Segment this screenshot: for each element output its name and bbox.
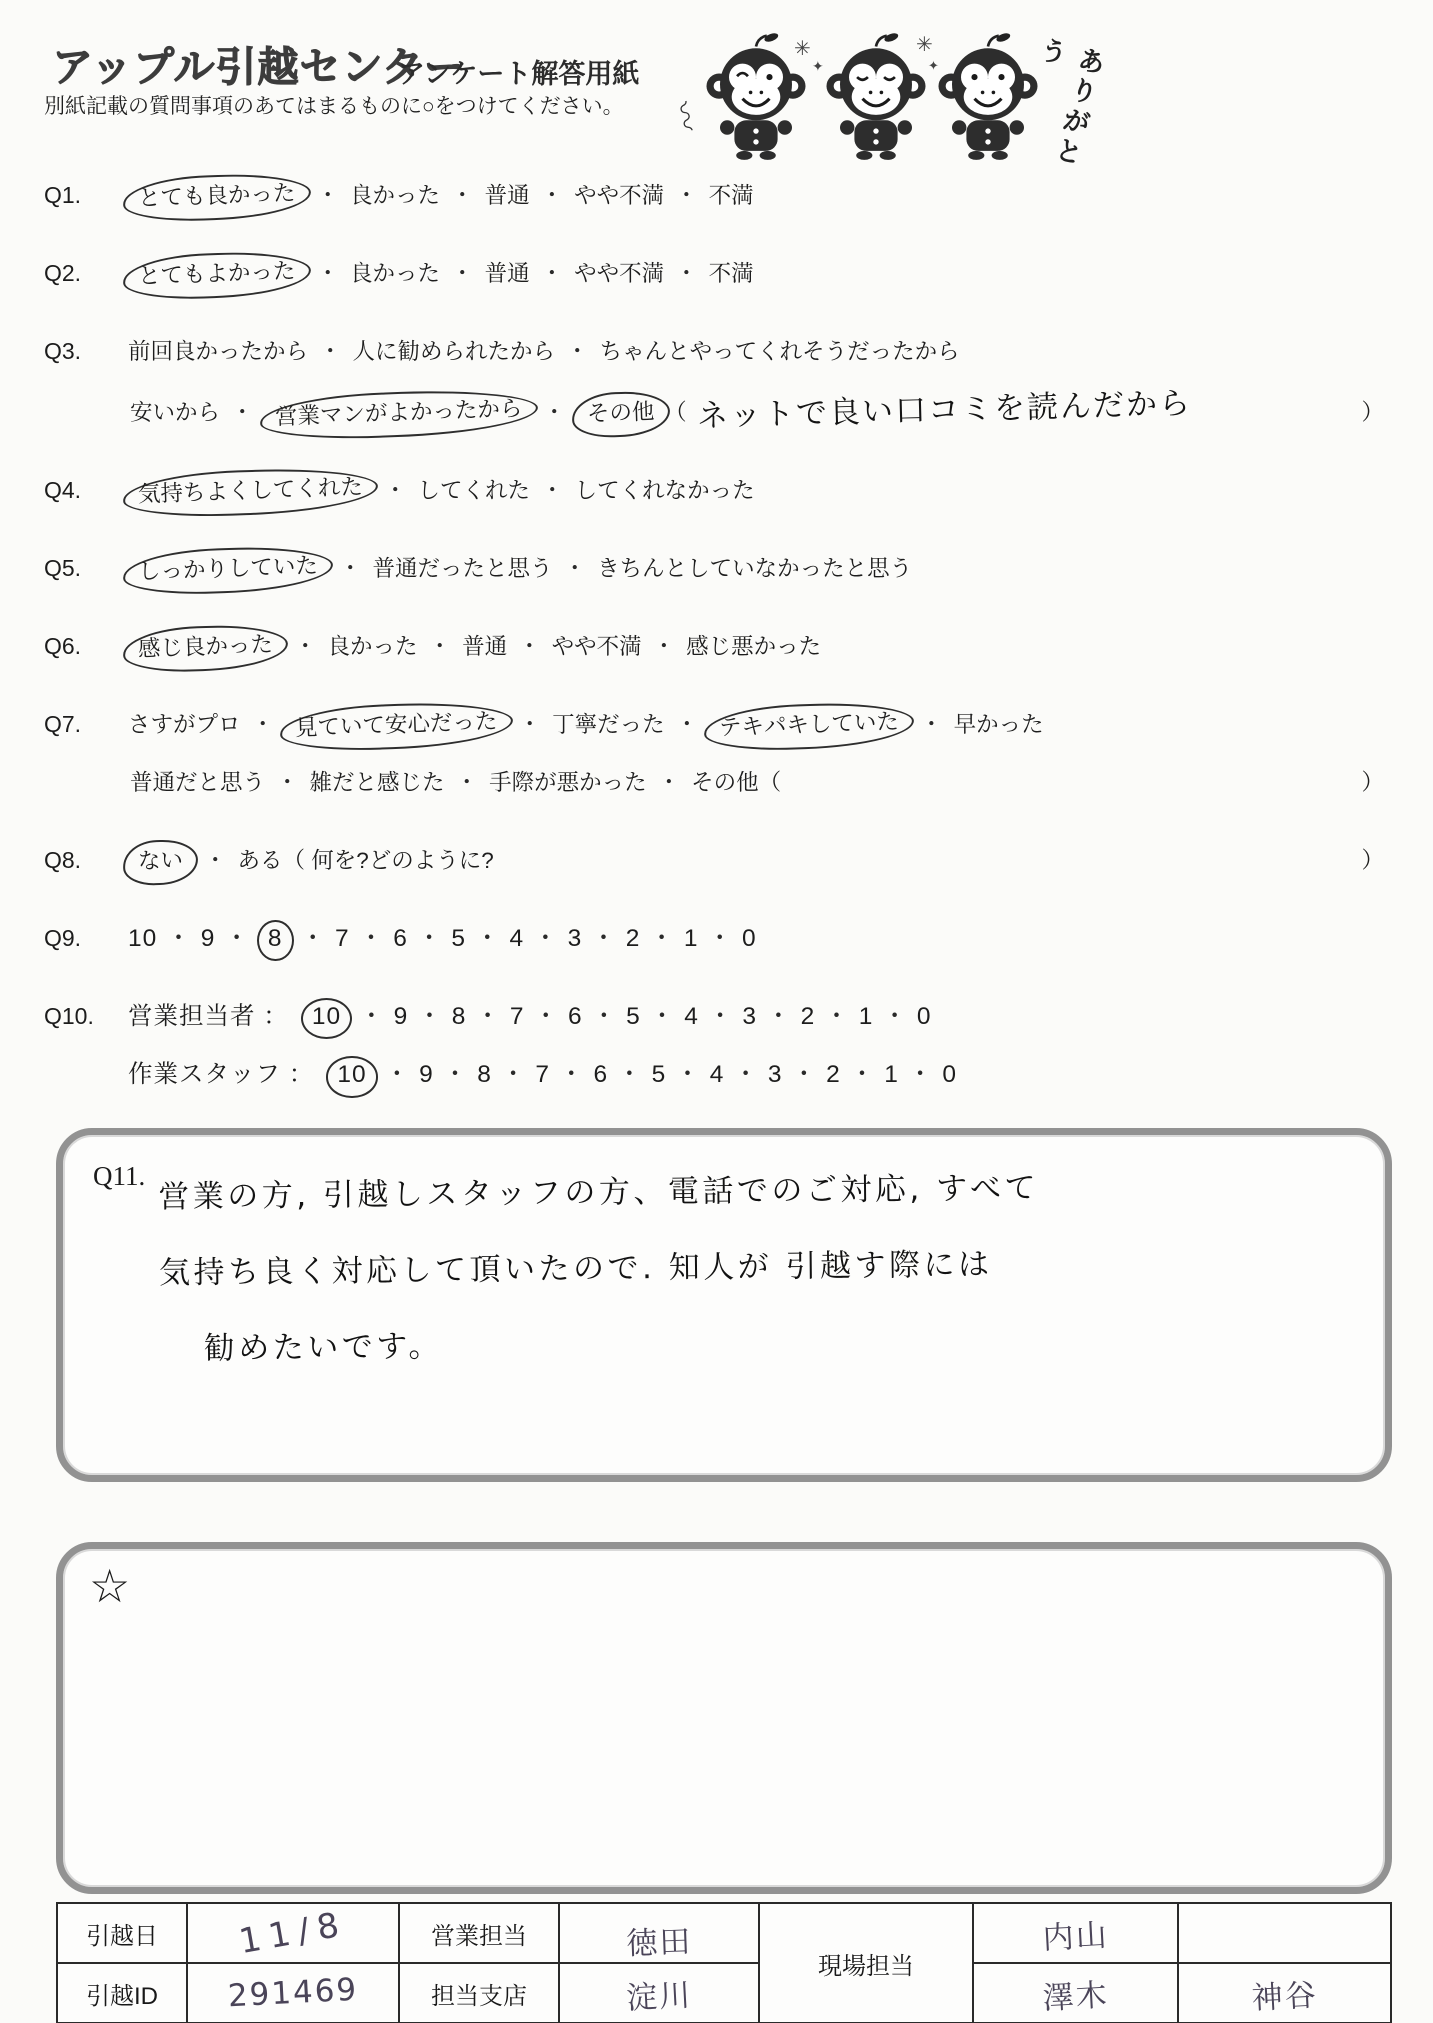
dot-separator: ・: [501, 1059, 527, 1091]
question-q4: Q4.気持ちよくしてくれた・してくれた・してくれなかった: [44, 475, 1390, 507]
option-text: 10: [128, 923, 157, 955]
question-id: Q4.: [44, 475, 128, 507]
circled-option: 気持ちよくしてくれた: [122, 466, 378, 520]
dot-separator: ・: [676, 709, 699, 741]
dot-separator: ・: [451, 180, 474, 212]
handwritten-line: 勧めたいです。: [203, 1299, 1356, 1387]
dot-separator: ・: [564, 553, 587, 585]
form-title: アンケート解答用紙: [398, 52, 639, 91]
option-text: 普通だったと思う: [373, 553, 553, 585]
dot-separator: ・: [592, 1001, 618, 1033]
q11-comment-box: Q11. 営業の方, 引越しスタッフの方、電話でのご対応, すべて 気持ち良く対…: [56, 1128, 1392, 1482]
option-text: ）: [1361, 397, 1384, 429]
circled-option: とても良かった: [122, 172, 311, 223]
option-text: 人に勧められたから: [353, 336, 556, 368]
question-id: Q6.: [44, 631, 128, 663]
option-text: 9: [201, 923, 216, 955]
handwritten-answer: ネットで良い口コミを読んだから: [696, 388, 1192, 433]
site-rep-value-1: 内山: [974, 1905, 1177, 1960]
option-text: 4: [509, 923, 524, 955]
circled-option: 8: [257, 920, 294, 961]
circled-option: 10: [326, 1056, 377, 1097]
dot-separator: ・: [658, 767, 681, 799]
circled-option: 10: [301, 998, 352, 1039]
dot-separator: ・: [204, 845, 227, 877]
circled-option: 見ていて安心だった: [279, 700, 513, 753]
option-text: その他（: [691, 767, 781, 799]
dot-separator: ・: [920, 709, 943, 741]
dot-separator: ・: [301, 923, 327, 955]
option-text: 4: [684, 1001, 699, 1033]
circled-option: とてもよかった: [122, 250, 311, 301]
dot-separator: ・: [708, 923, 734, 955]
circled-option: その他: [571, 390, 670, 438]
table-row: 引越ID 291469 担当支店 淀川 澤木 神谷: [57, 1963, 1391, 2023]
questions: Q1.とても良かった・良かった・普通・やや不満・不満Q2.とてもよかった・良かっ…: [44, 150, 1390, 1138]
dot-separator: ・: [653, 631, 676, 663]
dot-separator: ・: [294, 631, 317, 663]
table-row: 引越日 11/8 営業担当 徳田 現場担当 内山: [57, 1903, 1391, 1963]
dot-separator: ・: [385, 1059, 411, 1091]
circled-option: テキパキしていた: [703, 700, 914, 752]
dot-separator: ・: [882, 1001, 908, 1033]
question-q8: Q8.ない・ある（ 何を?どのように?）: [44, 845, 1390, 877]
option-text: 5: [626, 1001, 641, 1033]
branch-label: 担当支店: [399, 1963, 559, 2023]
option-text: 7: [510, 1001, 525, 1033]
option-text: 0: [742, 923, 757, 955]
dot-separator: ・: [541, 475, 564, 507]
option-text: 7: [535, 1059, 550, 1091]
site-rep-value-2: 澤木: [974, 1965, 1177, 2020]
dot-separator: ・: [429, 631, 452, 663]
dot-separator: ・: [319, 336, 342, 368]
dot-separator: ・: [649, 923, 675, 955]
dot-separator: ・: [559, 1059, 585, 1091]
option-text: 2: [626, 923, 641, 955]
option-text: 不満: [709, 258, 754, 290]
star-comment-box: ☆: [56, 1542, 1392, 1894]
monkey-mascot-icon: [822, 32, 930, 160]
option-text: さすがプロ: [128, 709, 241, 741]
option-text: 2: [826, 1059, 841, 1091]
option-text: 7: [335, 923, 350, 955]
dot-separator: ・: [359, 923, 385, 955]
dot-separator: ・: [824, 1001, 850, 1033]
dot-separator: ・: [534, 1001, 560, 1033]
dot-separator: ・: [456, 767, 479, 799]
question-id: Q11.: [93, 1161, 145, 1192]
sales-rep-label: 営業担当: [399, 1903, 559, 1963]
dot-separator: ・: [317, 180, 340, 212]
site-rep-label: 現場担当: [759, 1903, 973, 2023]
dot-separator: ・: [417, 1001, 443, 1033]
question-q7: Q7.さすがプロ・見ていて安心だった・丁寧だった・テキパキしていた・早かった普通…: [44, 709, 1390, 799]
option-text: 3: [742, 1001, 757, 1033]
move-id-value: 291469: [188, 1970, 398, 2017]
option-text: 雑だと感じた: [310, 767, 445, 799]
option-text: ）: [1361, 845, 1384, 877]
option-text: やや不満: [552, 631, 642, 663]
circled-option: 営業マンがよかったから: [259, 387, 538, 442]
star-icon: ☆: [89, 1559, 130, 1613]
option-text: 良かった: [350, 180, 440, 212]
dot-separator: ・: [417, 923, 443, 955]
option-text: 前回良かったから: [128, 336, 308, 368]
monkey-mascot-icon: [702, 32, 810, 160]
dot-separator: ・: [908, 1059, 934, 1091]
option-text: 5: [451, 923, 466, 955]
option-text: 安いから: [130, 397, 220, 429]
move-date-value: 11/8: [187, 1903, 399, 1963]
option-text: 普通: [485, 180, 530, 212]
dot-separator: ・: [541, 180, 564, 212]
dot-separator: ・: [566, 336, 589, 368]
option-text: 6: [594, 1059, 609, 1091]
dot-separator: ・: [541, 258, 564, 290]
handwritten-line: 営業の方, 引越しスタッフの方、電話でのご対応, すべて: [158, 1147, 1355, 1236]
dot-separator: ・: [384, 475, 407, 507]
option-text: 1: [684, 923, 699, 955]
option-text: 早かった: [954, 709, 1044, 741]
question-id: Q5.: [44, 553, 128, 585]
option-text: 9: [419, 1059, 434, 1091]
dot-separator: ・: [617, 1059, 643, 1091]
option-text: やや不満: [574, 258, 664, 290]
question-id: Q8.: [44, 845, 128, 877]
dot-separator: ・: [231, 397, 254, 429]
dot-separator: ・: [533, 923, 559, 955]
option-text: してくれなかった: [575, 475, 755, 507]
survey-sheet: アップル引越センター アンケート解答用紙 別紙記載の質問事項のあてはまるものに○…: [0, 0, 1433, 2023]
option-text: 3: [568, 923, 583, 955]
dot-separator: ・: [792, 1059, 818, 1091]
dot-separator: ・: [519, 709, 542, 741]
branch-value: 淀川: [560, 1965, 758, 2020]
dot-separator: ・: [252, 709, 275, 741]
option-text: きちんとしていなかったと思う: [597, 553, 912, 585]
dot-separator: ・: [451, 258, 474, 290]
dot-separator: ・: [650, 1001, 676, 1033]
instruction-text: 別紙記載の質問事項のあてはまるものに○をつけてください。: [44, 90, 624, 120]
option-text: してくれた: [418, 475, 531, 507]
question-q3: Q3.前回良かったから・人に勧められたから・ちゃんとやってくれそうだったから安い…: [44, 336, 1390, 429]
option-text: 良かった: [350, 258, 440, 290]
option-text: 感じ悪かった: [686, 631, 821, 663]
empty-cell: [1178, 1903, 1391, 1963]
dot-separator: ・: [276, 767, 299, 799]
question-id: Q7.: [44, 709, 128, 799]
question-q6: Q6.感じ良かった・良かった・普通・やや不満・感じ悪かった: [44, 631, 1390, 663]
option-text: 9: [394, 1001, 409, 1033]
circled-option: 感じ良かった: [122, 623, 288, 674]
dot-separator: ・: [475, 923, 501, 955]
circled-option: ない: [122, 839, 199, 886]
dot-separator: ・: [317, 258, 340, 290]
option-text: やや不満: [574, 180, 664, 212]
dot-separator: ・: [708, 1001, 734, 1033]
handwritten-line: 気持ち良く対応して頂いたので. 知人が 引越す際には: [159, 1223, 1356, 1312]
option-text: 不満: [709, 180, 754, 212]
sales-rep-value: 徳田: [560, 1913, 757, 1963]
option-text: 普通だと思う: [130, 767, 265, 799]
option-text: 丁寧だった: [552, 709, 665, 741]
option-text: 8: [477, 1059, 492, 1091]
move-date-label: 引越日: [57, 1903, 187, 1963]
option-text: 6: [393, 923, 408, 955]
option-text: 0: [942, 1059, 957, 1091]
question-q2: Q2.とてもよかった・良かった・普通・やや不満・不満: [44, 258, 1390, 290]
question-id: Q9.: [44, 923, 128, 955]
dot-separator: ・: [766, 1001, 792, 1033]
dot-separator: ・: [675, 180, 698, 212]
option-text: 8: [452, 1001, 467, 1033]
site-rep-value-3: 神谷: [1179, 1965, 1390, 2021]
option-prefix: 営業担当者 ：: [128, 1001, 289, 1033]
option-text: 5: [652, 1059, 667, 1091]
option-text: ある（ 何を?どのように?: [238, 845, 494, 877]
circled-option: しっかりしていた: [122, 544, 333, 596]
dot-separator: ・: [850, 1059, 876, 1091]
option-text: ）: [1361, 767, 1384, 799]
option-text: 普通: [485, 258, 530, 290]
dot-separator: ・: [675, 1059, 701, 1091]
dot-separator: ・: [733, 1059, 759, 1091]
question-id: Q10.: [44, 1001, 128, 1091]
option-prefix: 作業スタッフ ：: [128, 1059, 314, 1091]
q11-handwritten-comment: 営業の方, 引越しスタッフの方、電話でのご対応, すべて 気持ち良く対応して頂い…: [158, 1147, 1356, 1388]
dot-separator: ・: [543, 397, 566, 429]
option-text: 普通: [462, 631, 507, 663]
option-text: 1: [884, 1059, 899, 1091]
dot-separator: ・: [518, 631, 541, 663]
footer-table: 引越日 11/8 営業担当 徳田 現場担当 内山 引越ID 291469 担当支…: [56, 1902, 1392, 2023]
option-text: 3: [768, 1059, 783, 1091]
dot-separator: ・: [475, 1001, 501, 1033]
dot-separator: ・: [166, 923, 192, 955]
question-id: Q1.: [44, 180, 128, 212]
move-id-label: 引越ID: [57, 1963, 187, 2023]
option-text: 6: [568, 1001, 583, 1033]
option-text: 0: [917, 1001, 932, 1033]
option-text: 1: [859, 1001, 874, 1033]
dot-separator: ・: [591, 923, 617, 955]
question-q1: Q1.とても良かった・良かった・普通・やや不満・不満: [44, 180, 1390, 212]
dot-separator: ・: [359, 1001, 385, 1033]
question-id: Q3.: [44, 336, 128, 429]
question-id: Q2.: [44, 258, 128, 290]
question-q10: Q10.営業担当者 ：10・9・8・7・6・5・4・3・2・1・0作業スタッフ …: [44, 1001, 1390, 1091]
dot-separator: ・: [443, 1059, 469, 1091]
option-text: 良かった: [328, 631, 418, 663]
option-text: 4: [710, 1059, 725, 1091]
dot-separator: ・: [675, 258, 698, 290]
dot-separator: ・: [339, 553, 362, 585]
option-text: ちゃんとやってくれそうだったから: [600, 336, 960, 368]
option-text: 手際が悪かった: [489, 767, 647, 799]
dot-separator: ・: [224, 923, 250, 955]
question-q5: Q5.しっかりしていた・普通だったと思う・きちんとしていなかったと思う: [44, 553, 1390, 585]
option-text: 2: [801, 1001, 816, 1033]
question-q9: Q9.10・9・8・7・6・5・4・3・2・1・0: [44, 923, 1390, 955]
